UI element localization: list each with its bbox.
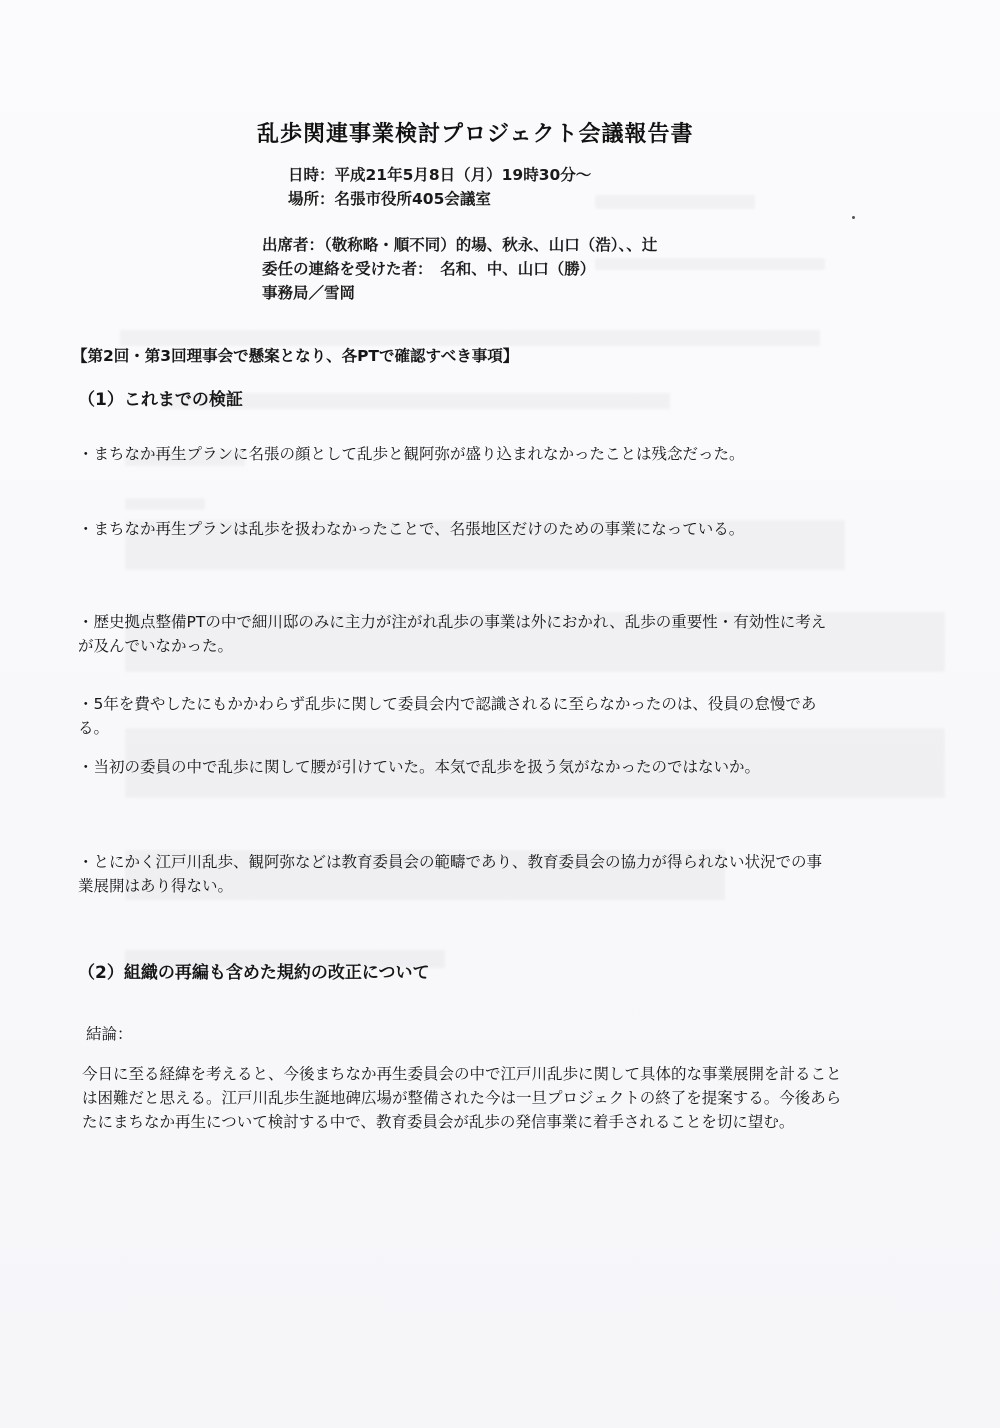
agenda-heading: 【第2回・第3回理事会で懸案となり、各PTで確認すべき事項】 bbox=[72, 344, 518, 366]
finding-bullet: ・当初の委員の中で乱歩に関して腰が引けていた。本気で乱歩を扱う気がなかったのでは… bbox=[78, 755, 828, 779]
scanned-page: 乱歩関連事業検討プロジェクト会議報告書 日時：平成21年5月8日（月）19時30… bbox=[0, 0, 1000, 1428]
finding-bullet: ・5年を費やしたにもかかわらず乱歩に関して委員会内で認識されるに至らなかったのは… bbox=[78, 692, 828, 740]
section-1-heading: （1）これまでの検証 bbox=[78, 385, 243, 410]
bleed-through-mark bbox=[125, 498, 205, 510]
finding-bullet: ・とにかく江戸川乱歩、観阿弥などは教育委員会の範疇であり、教育委員会の協力が得ら… bbox=[78, 850, 828, 898]
finding-bullet: ・歴史拠点整備PTの中で細川邸のみに主力が注がれ乱歩の事業は外におかれ、乱歩の重… bbox=[78, 610, 828, 658]
section-2-heading: （2）組織の再編も含めた規約の改正について bbox=[78, 958, 430, 983]
meeting-place: 場所：名張市役所405会議室 bbox=[288, 187, 491, 209]
conclusion-label: 結論： bbox=[86, 1022, 133, 1044]
finding-bullet: ・まちなか再生プランは乱歩を扱わなかったことで、名張地区だけのための事業になって… bbox=[78, 517, 828, 541]
speck bbox=[852, 216, 855, 219]
bleed-through-mark bbox=[595, 258, 825, 270]
meeting-datetime: 日時：平成21年5月8日（月）19時30分～ bbox=[288, 163, 591, 185]
attendees: 出席者：（敬称略・順不同）的場、秋永、山口（浩）、、辻 bbox=[262, 233, 657, 255]
proxies: 委任の連絡を受けた者： 名和、中、山口（勝） bbox=[262, 257, 595, 279]
secretariat: 事務局／雪岡 bbox=[262, 281, 355, 303]
finding-bullet: ・まちなか再生プランに名張の顔として乱歩と観阿弥が盛り込まれなかったことは残念だ… bbox=[78, 442, 828, 466]
bleed-through-mark bbox=[595, 195, 755, 209]
conclusion-text: 今日に至る経緯を考えると、今後まちなか再生委員会の中で江戸川乱歩に関して具体的な… bbox=[82, 1062, 842, 1134]
document-title: 乱歩関連事業検討プロジェクト会議報告書 bbox=[257, 117, 694, 148]
